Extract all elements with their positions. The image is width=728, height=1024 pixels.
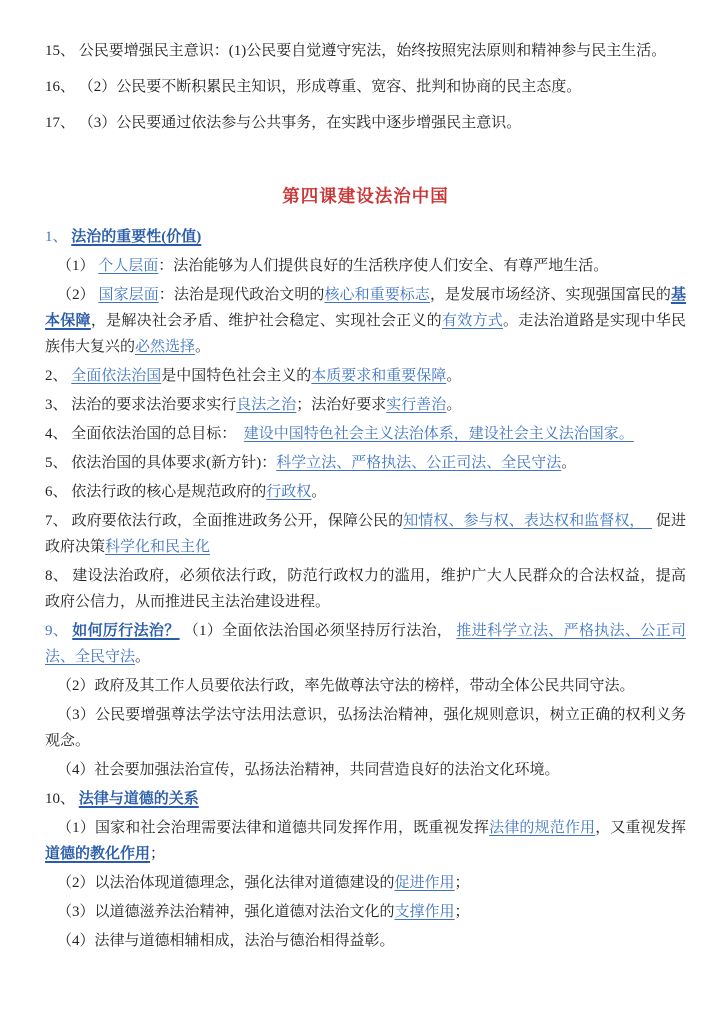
paragraph-item-10-4: （4）法律与道德相辅相成，法治与德治相得益彰。 xyxy=(45,928,686,954)
text-run: （4）法律与道德相辅相成，法治与德治相得益彰。 xyxy=(57,933,395,949)
paragraph-item-8: 8、 建设法治政府，必须依法行政，防范行政权力的滥用，维护广大人民群众的合法权益… xyxy=(45,563,686,615)
document-content: 15、 公民要增强民主意识：(1)公民要自觉遵守宪法，始终按照宪法原则和精神参与… xyxy=(45,38,686,954)
highlighted-link-text: 个人层面 xyxy=(98,258,158,274)
text-run: 10、 xyxy=(45,791,79,807)
highlighted-link-text: 良法之治 xyxy=(236,397,296,413)
text-run: （1）国家和社会治理需要法律和道德共同发挥作用，既重视发挥 xyxy=(57,820,489,836)
text-run: （4）社会要加强法治宣传，弘扬法治精神，共同营造良好的法治文化环境。 xyxy=(57,762,560,778)
text-run: 17、 （3）公民要通过依法参与公共事务，在实践中逐步增强民主意识。 xyxy=(45,115,521,131)
text-run: 。 xyxy=(135,649,150,665)
text-run: 4、 全面依法治国的总目标： xyxy=(45,426,244,442)
text-run: （1）全面依法治国必须坚持厉行法治， xyxy=(180,623,457,639)
highlighted-link-text: 全面依法治国 xyxy=(71,368,161,384)
text-run: ，是发展市场经济、实现强国富民的 xyxy=(430,287,671,303)
paragraph-item-4: 4、 全面依法治国的总目标： 建设中国特色社会主义法治体系，建设社会主义法治国家… xyxy=(45,421,686,447)
highlighted-link-text: 知情权、参与权、表达权和监督权， xyxy=(403,513,652,529)
highlighted-link-text: 1、 xyxy=(45,229,71,245)
highlighted-link-text: 必然选择 xyxy=(135,339,195,355)
text-run: 。 xyxy=(446,397,461,413)
text-run: 5、 依法治国的具体要求(新方针)： xyxy=(45,455,276,471)
paragraph-item-2: 2、 全面依法治国是中国特色社会主义的本质要求和重要保障。 xyxy=(45,363,686,389)
highlighted-link-text: 法律的规范作用 xyxy=(489,820,595,836)
text-run: ，是解决社会矛盾、维护社会稳定、实现社会正义的 xyxy=(91,313,442,329)
text-run: ，又重视发挥 xyxy=(595,820,686,836)
paragraph-item-9: 9、 如何厉行法治？ （1）全面依法治国必须坚持厉行法治， 推进科学立法、严格执… xyxy=(45,618,686,670)
text-run: 2、 xyxy=(45,368,71,384)
paragraph-item-10-2: （2）以法治体现道德理念，强化法律对道德建设的促进作用； xyxy=(45,870,686,896)
paragraph-item-10-1: （1）国家和社会治理需要法律和道德共同发挥作用，既重视发挥法律的规范作用，又重视… xyxy=(45,815,686,867)
text-run: （3）以道德滋养法治精神，强化道德对法治文化的 xyxy=(57,904,395,920)
paragraph-item-7: 7、 政府要依法行政，全面推进政务公开，保障公民的知情权、参与权、表达权和监督权… xyxy=(45,508,686,560)
text-run: 。 xyxy=(561,455,576,471)
paragraph-item-10-3: （3）以道德滋养法治精神，强化道德对法治文化的支撑作用； xyxy=(45,899,686,925)
highlighted-link-text: 科学化和民主化 xyxy=(105,539,210,555)
highlighted-link-text: 支撑作用 xyxy=(395,904,455,920)
highlighted-link-text: 9、 xyxy=(45,623,72,639)
text-run: （2）政府及其工作人员要依法行政，率先做尊法守法的榜样，带动全体公民共同守法。 xyxy=(57,678,635,694)
paragraph-item-9-4: （4）社会要加强法治宣传，弘扬法治精神，共同营造良好的法治文化环境。 xyxy=(45,757,686,783)
paragraph-item-17: 17、 （3）公民要通过依法参与公共事务，在实践中逐步增强民主意识。 xyxy=(45,110,686,137)
highlighted-link-text: 法律与道德的关系 xyxy=(79,791,199,807)
highlighted-link-text: 道德的教化作用 xyxy=(45,846,150,862)
highlighted-link-text: 本质要求和重要保障 xyxy=(311,368,446,384)
text-run: （2） xyxy=(57,287,99,303)
text-run: 7、 政府要依法行政，全面推进政务公开，保障公民的 xyxy=(45,513,403,529)
highlighted-link-text: 国家层面 xyxy=(99,287,159,303)
paragraph-item-15: 15、 公民要增强民主意识：(1)公民要自觉遵守宪法，始终按照宪法原则和精神参与… xyxy=(45,38,686,65)
paragraph-item-9-3: （3）公民要增强尊法学法守法用法意识，弘扬法治精神，强化规则意识，树立正确的权利… xyxy=(45,702,686,754)
text-run: 。 xyxy=(195,339,210,355)
highlighted-link-text: 实行善治 xyxy=(386,397,446,413)
highlighted-link-text: 建设中国特色社会主义法治体系，建设社会主义法治国家。 xyxy=(244,426,634,442)
highlighted-link-text: 如何厉行法治？ xyxy=(72,623,179,639)
text-run: 15、 公民要增强民主意识：(1)公民要自觉遵守宪法，始终按照宪法原则和精神参与… xyxy=(45,43,666,59)
text-run: ：法治能够为人们提供良好的生活秩序使人们安全、有尊严地生活。 xyxy=(158,258,608,274)
text-run: （3）公民要增强尊法学法守法用法意识，弘扬法治精神，强化规则意识，树立正确的权利… xyxy=(45,707,686,749)
highlighted-link-text: 科学立法、严格执法、公正司法、全民守法 xyxy=(276,455,561,471)
text-run: （1） xyxy=(57,258,98,274)
text-run: 3、 法治的要求法治要求实行 xyxy=(45,397,236,413)
paragraph-item-6: 6、 依法行政的核心是规范政府的行政权。 xyxy=(45,479,686,505)
text-run: 是中国特色社会主义的 xyxy=(161,368,311,384)
highlighted-link-text: 促进作用 xyxy=(395,875,455,891)
paragraph-item-1-2: （2） 国家层面：法治是现代政治文明的核心和重要标志，是发展市场经济、实现强国富… xyxy=(45,282,686,360)
paragraph-section-heading: 第四课建设法治中国 xyxy=(45,183,686,211)
text-run: 6、 依法行政的核心是规范政府的 xyxy=(45,484,266,500)
highlighted-link-text: 核心和重要标志 xyxy=(324,287,429,303)
highlighted-link-text: 法治的重要性(价值) xyxy=(71,229,201,245)
text-run: ：法治是现代政治文明的 xyxy=(159,287,325,303)
document-page: 15、 公民要增强民主意识：(1)公民要自觉遵守宪法，始终按照宪法原则和精神参与… xyxy=(0,0,728,1024)
text-run: ； xyxy=(455,875,470,891)
text-run: （2）以法治体现道德理念，强化法律对道德建设的 xyxy=(57,875,395,891)
section-heading-text: 第四课建设法治中国 xyxy=(282,186,449,206)
paragraph-item-16: 16、 （2）公民要不断积累民主知识，形成尊重、宽容、批判和协商的民主态度。 xyxy=(45,74,686,101)
text-run: ； xyxy=(150,846,165,862)
paragraph-item-10: 10、 法律与道德的关系 xyxy=(45,786,686,812)
paragraph-item-1-1: （1） 个人层面：法治能够为人们提供良好的生活秩序使人们安全、有尊严地生活。 xyxy=(45,253,686,279)
highlighted-link-text: 有效方式 xyxy=(442,313,503,329)
paragraph-item-1: 1、 法治的重要性(价值) xyxy=(45,224,686,250)
text-run: 16、 （2）公民要不断积累民主知识，形成尊重、宽容、批判和协商的民主态度。 xyxy=(45,79,581,95)
text-run: ； xyxy=(455,904,470,920)
text-run: 。 xyxy=(446,368,461,384)
paragraph-item-3: 3、 法治的要求法治要求实行良法之治；法治好要求实行善治。 xyxy=(45,392,686,418)
text-run: 8、 建设法治政府，必须依法行政，防范行政权力的滥用，维护广大人民群众的合法权益… xyxy=(45,568,686,610)
text-run: 。 xyxy=(311,484,326,500)
paragraph-item-9-2: （2）政府及其工作人员要依法行政，率先做尊法守法的榜样，带动全体公民共同守法。 xyxy=(45,673,686,699)
paragraph-item-5: 5、 依法治国的具体要求(新方针)：科学立法、严格执法、公正司法、全民守法。 xyxy=(45,450,686,476)
text-run: ；法治好要求 xyxy=(296,397,386,413)
highlighted-link-text: 行政权 xyxy=(266,484,311,500)
